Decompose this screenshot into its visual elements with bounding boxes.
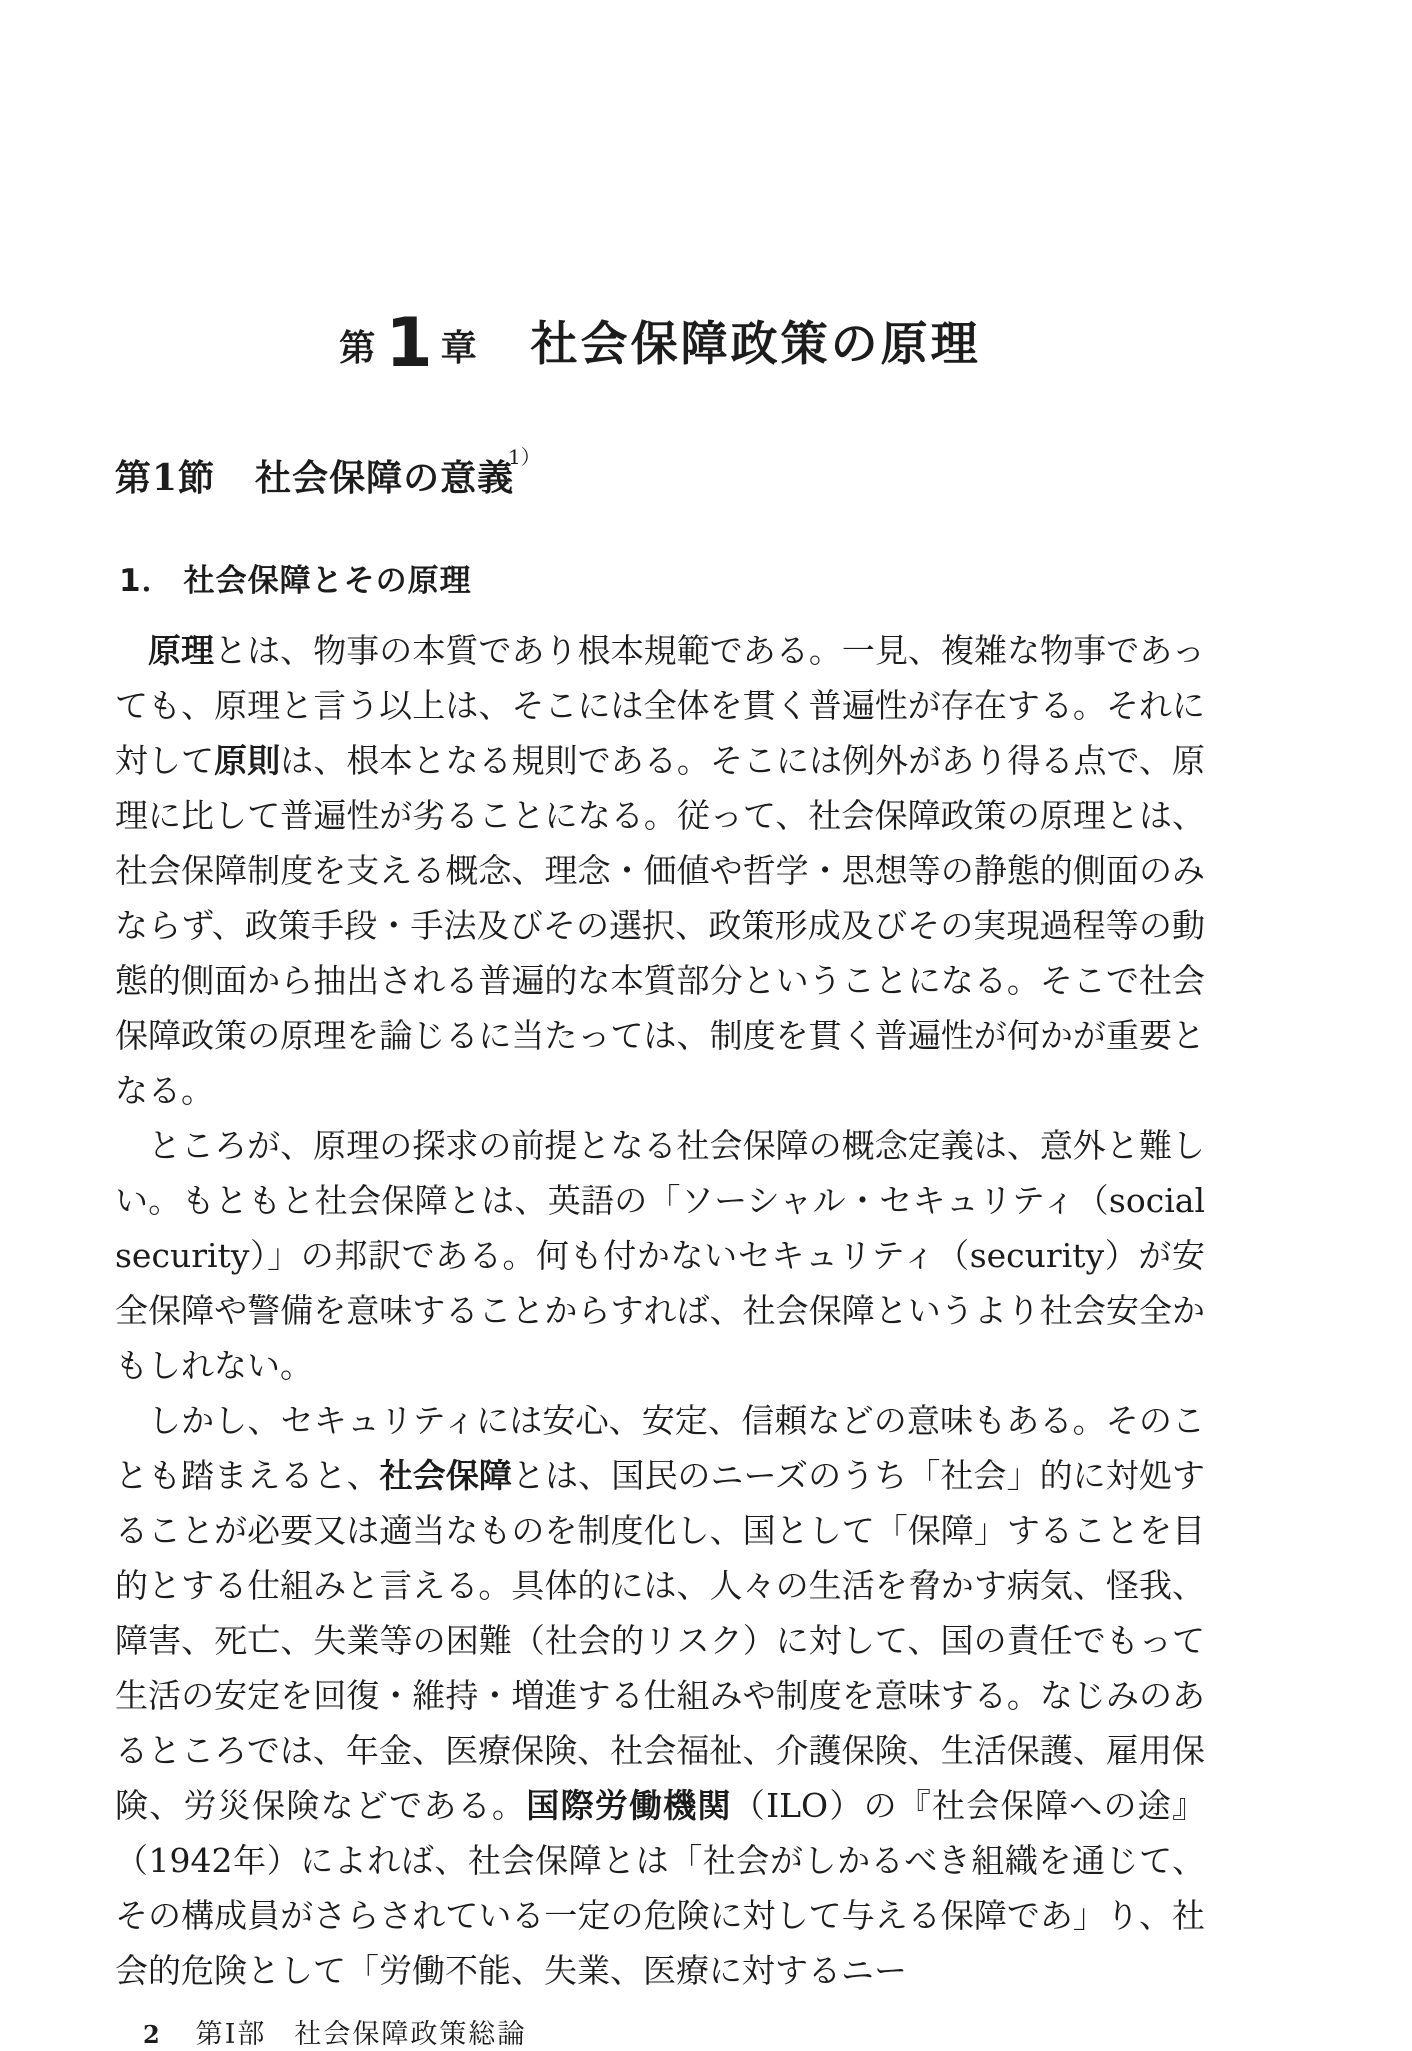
emphasized-text: 原理 [148,631,214,670]
chapter-number: 1 [377,304,440,383]
chapter-title: 社会保障政策の原理 [531,317,981,372]
page-content: 第1章社会保障政策の原理 第1節社会保障の意義1） 1．社会保障とその原理 原理… [115,0,1205,2051]
emphasized-text: 国際労働機関 [526,1786,732,1825]
running-title: 第Ⅰ部社会保障政策総論 [196,2012,527,2051]
book-page: { "document": { "chapter": { "label_pref… [0,0,1412,2051]
footnote-marker: 1） [508,445,541,470]
subsection-title: 社会保障とその原理 [184,563,472,599]
chapter-label-prefix: 第 [339,327,377,369]
part-title: 社会保障政策総論 [294,2019,526,2050]
chapter-heading: 第1章社会保障政策の原理 [115,0,1205,378]
paragraph: しかし、セキュリティには安心、安定、信頼などの意味もある。そのことも踏まえると、… [115,1393,1205,1998]
body-run: は、根本となる規則である。そこには例外があり得る点で、原理に比して普遍性が劣るこ… [115,741,1205,1110]
gothic-text: （社会的リスク） [512,1621,776,1660]
section-title: 社会保障の意義 [255,457,514,499]
emphasized-text: 原則 [214,741,280,780]
page-number: 2 [143,2020,160,2049]
section-heading: 第1節社会保障の意義1） [115,456,1205,501]
body-text: 原理とは、物事の本質であり根本規範である。一見、複雑な物事であっても、原理と言う… [115,623,1205,1998]
page-footer: 2 第Ⅰ部社会保障政策総論 [115,2012,1205,2051]
section-label: 第1節 [115,457,215,499]
subsection-label: 1． [119,563,174,599]
chapter-label-suffix: 章 [441,327,479,369]
paragraph: 原理とは、物事の本質であり根本規範である。一見、複雑な物事であっても、原理と言う… [115,623,1205,1118]
body-run: ところが、原理の探求の前提となる社会保障の概念定義は、意外と難しい。もともと社会… [115,1126,1205,1385]
part-label: 第Ⅰ部 [196,2019,267,2050]
emphasized-text: 社会保障 [380,1456,512,1495]
paragraph: ところが、原理の探求の前提となる社会保障の概念定義は、意外と難しい。もともと社会… [115,1118,1205,1393]
subsection-heading: 1．社会保障とその原理 [119,561,1205,601]
